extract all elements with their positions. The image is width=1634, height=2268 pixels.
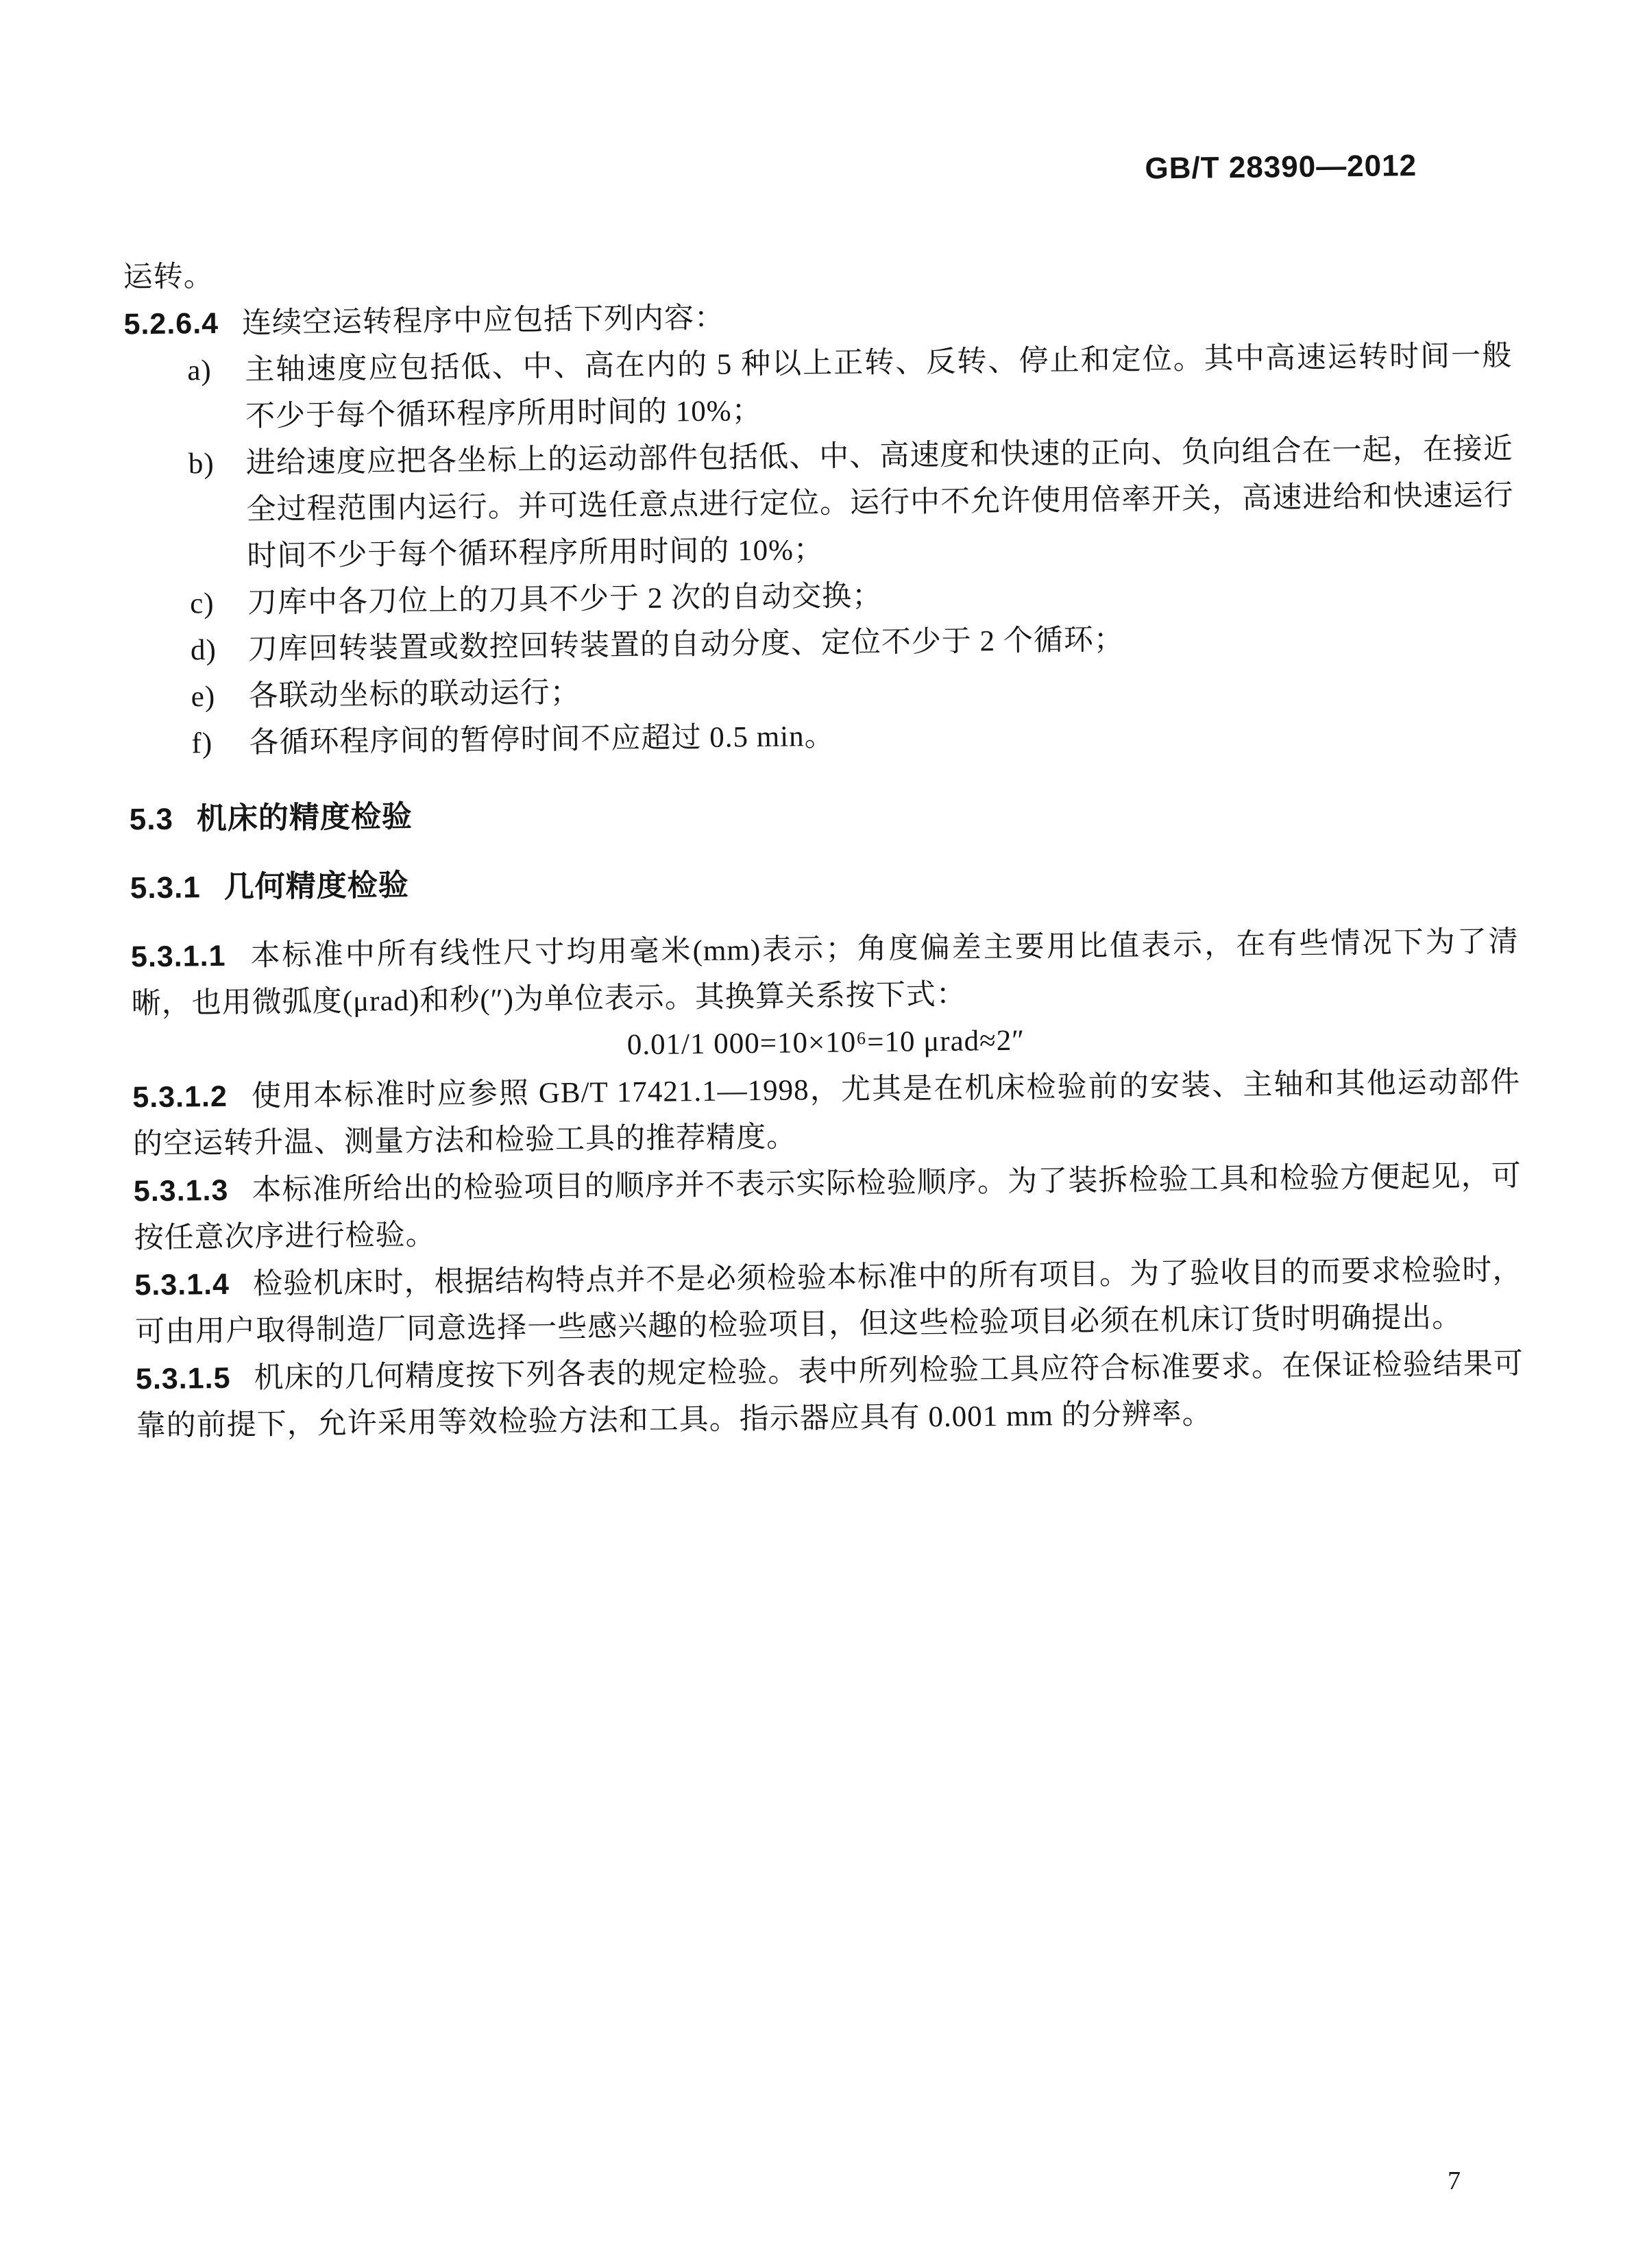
list-label: e) — [191, 673, 249, 720]
clause-number: 5.3.1.3 — [134, 1174, 229, 1208]
clause-number: 5.3.1.1 — [131, 940, 226, 974]
heading-number: 5.3.1 — [130, 870, 201, 905]
list-label: b) — [188, 440, 247, 581]
clause-number: 5.2.6.4 — [123, 307, 219, 341]
clause-number: 5.3.1.4 — [134, 1268, 230, 1302]
clause-number: 5.3.1.2 — [132, 1080, 228, 1114]
list-text: 进给速度应把各坐标上的运动部件包括低、中、高速度和快速的正向、负向组合在一起，在… — [245, 426, 1514, 580]
list-label: d) — [191, 626, 249, 674]
clause-text: 使用本标准时应参照 GB/T 17421.1—1998，尤其是在机床检验前的安装… — [133, 1066, 1521, 1160]
list-label: c) — [190, 580, 248, 627]
list-item-b: b) 进给速度应把各坐标上的运动部件包括低、中、高速度和快速的正向、负向组合在一… — [125, 426, 1514, 581]
page-content: GB/T 28390—2012 运转。 5.2.6.4连续空运转程序中应包括下列… — [0, 0, 1634, 1451]
clause-5-3-1-1: 5.3.1.1本标准中所有线性尺寸均用毫米(mm)表示；角度偏差主要用比值表示，… — [131, 918, 1520, 1027]
page-number: 7 — [1448, 2165, 1461, 2197]
heading-title: 几何精度检验 — [223, 868, 409, 904]
list-label: a) — [187, 347, 246, 441]
clause-text: 连续空运转程序中应包括下列内容： — [242, 302, 724, 340]
clause-5-3-1-3: 5.3.1.3本标准所给出的检验项目的顺序并不表示实际检验顺序。为了装拆检验工具… — [133, 1152, 1522, 1262]
clause-number: 5.3.1.5 — [136, 1362, 231, 1396]
standard-number: GB/T 28390—2012 — [1145, 149, 1417, 185]
section-heading-5-3-1: 5.3.1几何精度检验 — [130, 849, 1518, 912]
clause-5-3-1-4: 5.3.1.4检验机床时，根据结构特点并不是必须检验本标准中的所有项目。为了验收… — [134, 1246, 1523, 1356]
list-label: f) — [191, 720, 249, 767]
clause-text: 机床的几何精度按下列各表的规定检验。表中所列检验工具应符合标准要求。在保证检验结… — [136, 1348, 1524, 1442]
heading-number: 5.3 — [129, 803, 173, 837]
clause-text: 检验机床时，根据结构特点并不是必须检验本标准中的所有项目。为了验收目的而要求检验… — [135, 1254, 1523, 1348]
list-text: 主轴速度应包括低、中、高在内的 5 种以上正转、反转、停止和定位。其中高速运转时… — [245, 333, 1513, 441]
clause-5-3-1-5: 5.3.1.5机床的几何精度按下列各表的规定检验。表中所列检验工具应符合标准要求… — [136, 1340, 1524, 1450]
clause-text: 本标准所给出的检验项目的顺序并不表示实际检验顺序。为了装拆检验工具和检验方便起见… — [134, 1160, 1522, 1254]
list-item-a: a) 主轴速度应包括低、中、高在内的 5 种以上正转、反转、停止和定位。其中高速… — [124, 333, 1513, 442]
section-heading-5-3: 5.3机床的精度检验 — [129, 781, 1517, 843]
heading-title: 机床的精度检验 — [197, 800, 413, 836]
page-header: GB/T 28390—2012 — [122, 142, 1511, 204]
clause-5-3-1-2: 5.3.1.2使用本标准时应参照 GB/T 17421.1—1998，尤其是在机… — [132, 1058, 1521, 1168]
clause-text: 本标准中所有线性尺寸均用毫米(mm)表示；角度偏差主要用比值表示，在有些情况下为… — [132, 925, 1520, 1020]
document-page: GB/T 28390—2012 运转。 5.2.6.4连续空运转程序中应包括下列… — [0, 0, 1634, 2268]
